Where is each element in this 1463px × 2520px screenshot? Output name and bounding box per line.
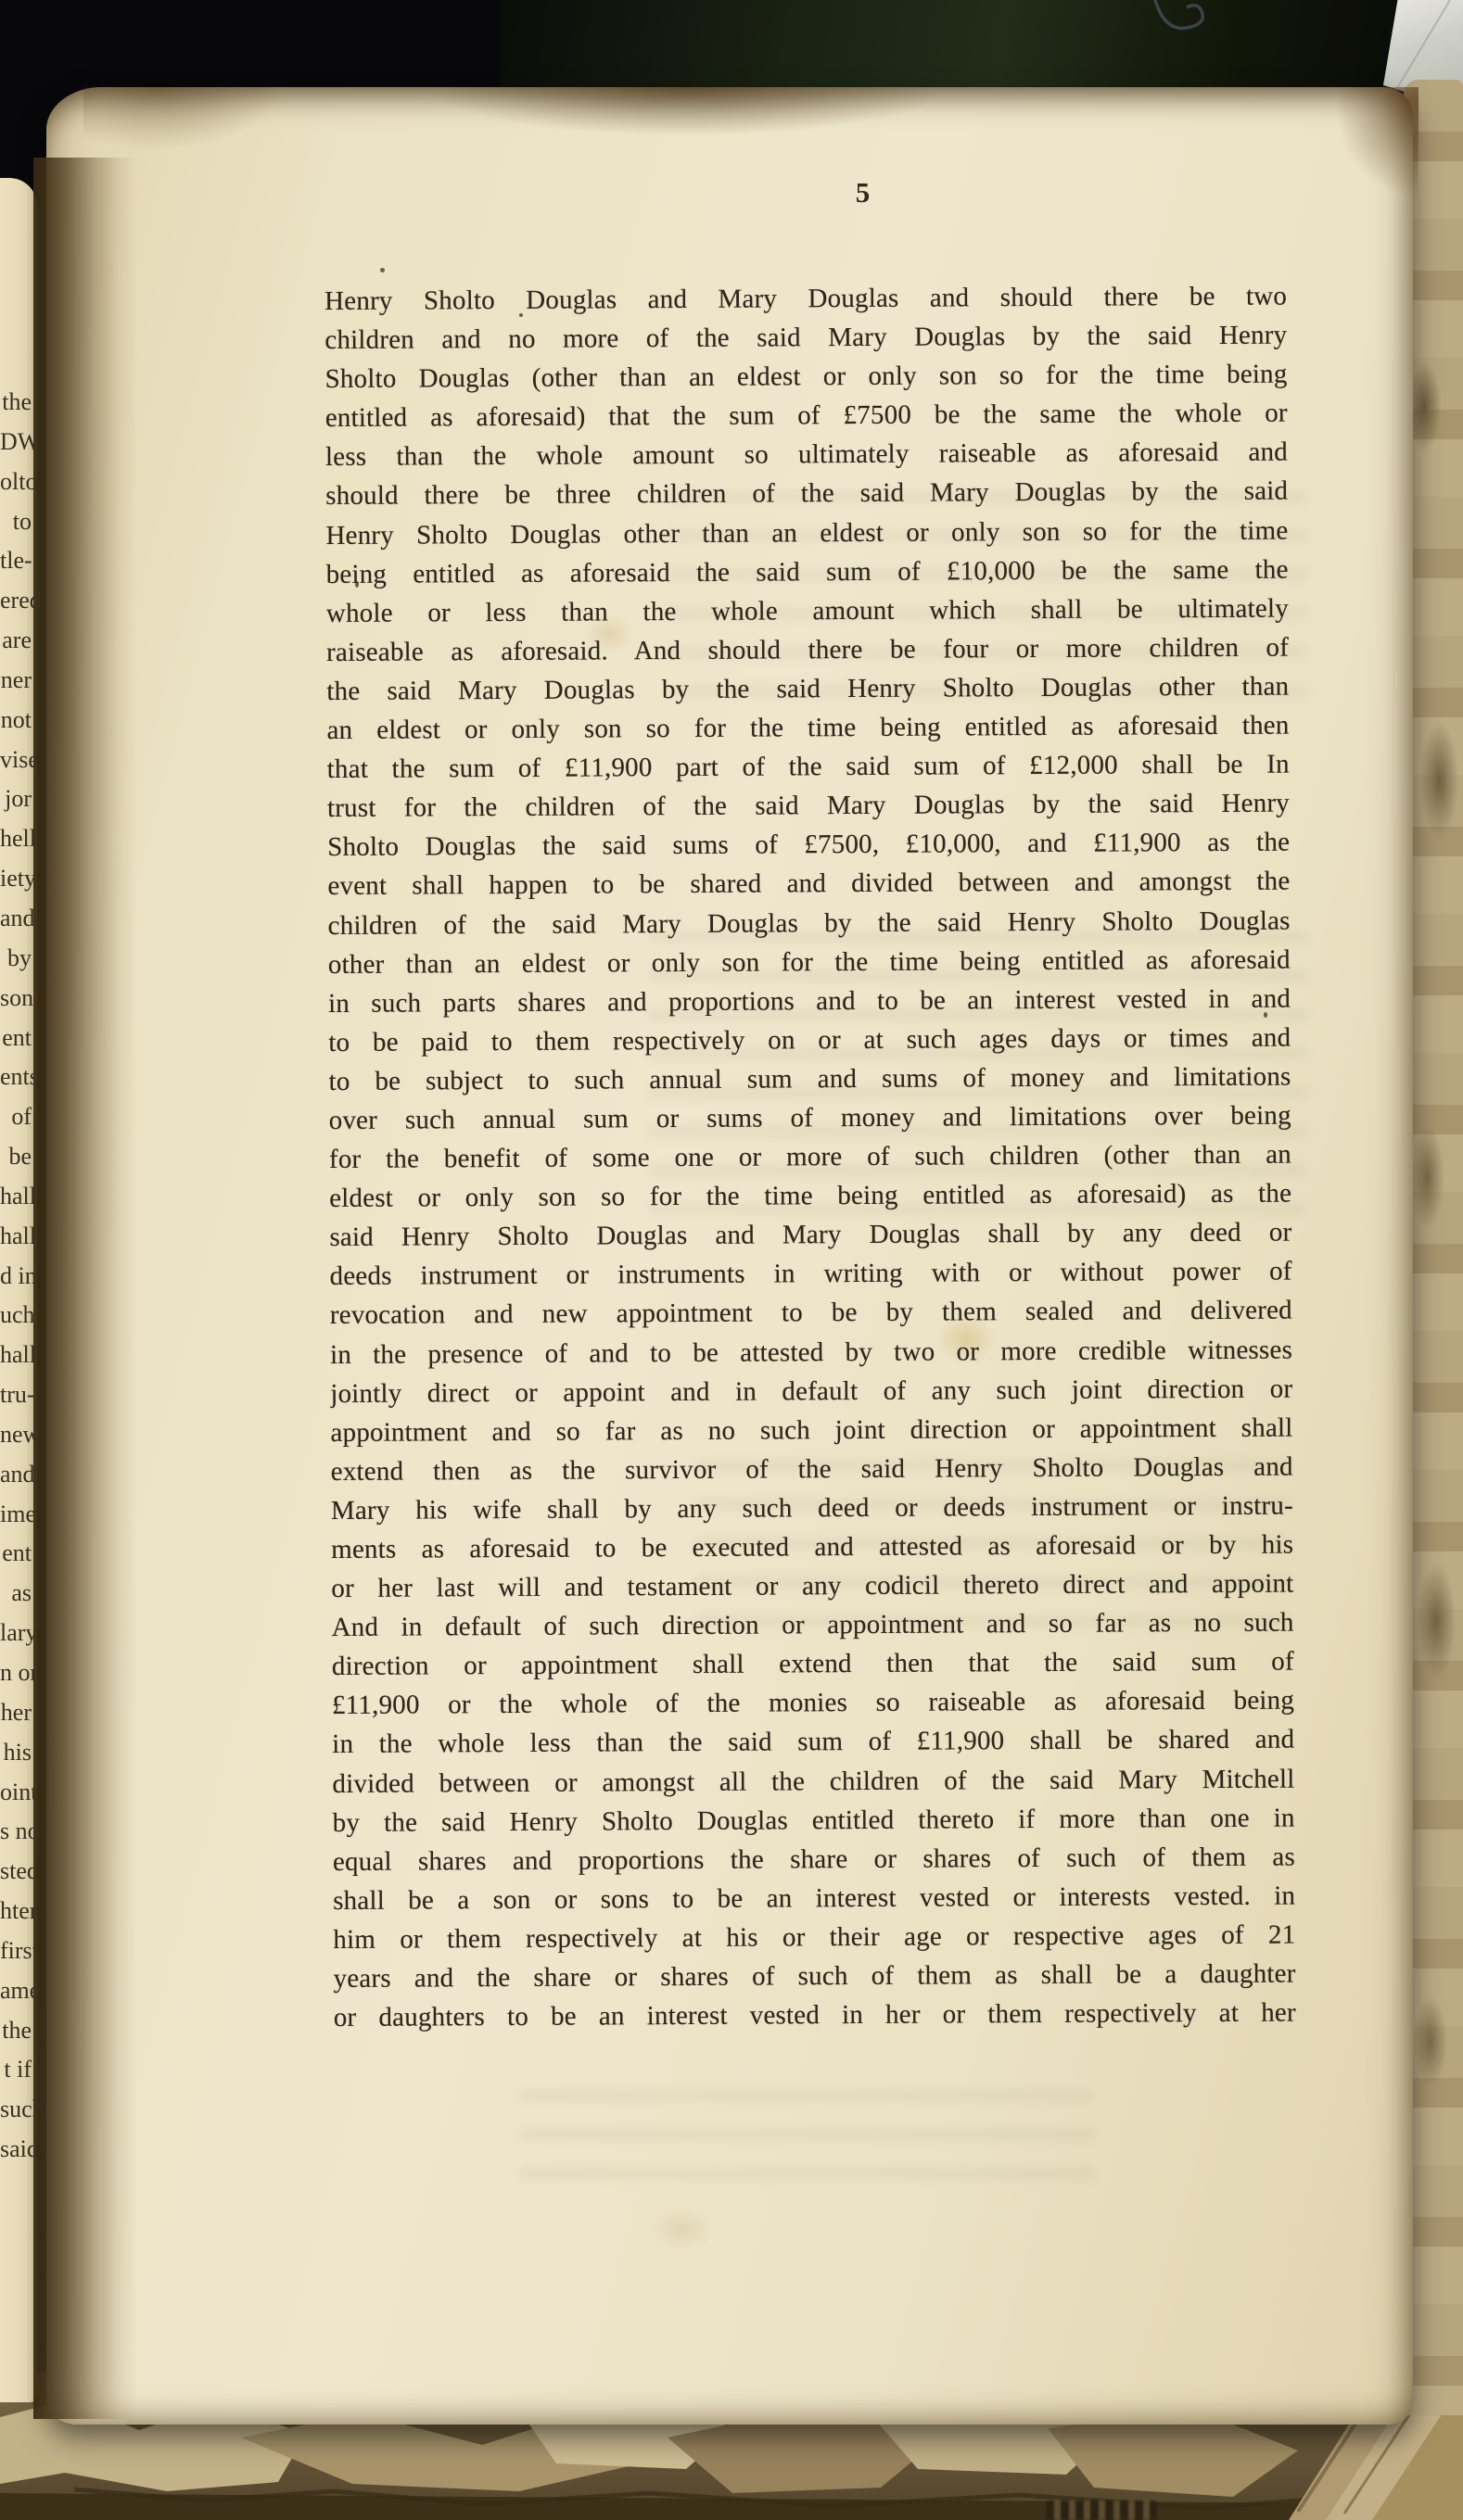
word-fragment: the xyxy=(0,2011,33,2051)
text-line: in the presence of and to be attested by… xyxy=(330,1330,1292,1374)
text-line: extend then as the survivor of the said … xyxy=(331,1447,1293,1491)
word-fragment: son xyxy=(0,979,33,1019)
text-line: Henry Sholto Douglas other than an eldes… xyxy=(325,511,1288,555)
word-fragment: t if xyxy=(0,2050,33,2090)
fox-stain xyxy=(649,2206,714,2252)
text-line: entitled as aforesaid) that the sum of £… xyxy=(325,394,1288,438)
text-line: by the said Henry Sholto Douglas entitle… xyxy=(333,1798,1295,1843)
text-line: that the sum of £11,900 part of the said… xyxy=(327,745,1290,790)
ink-speck xyxy=(355,581,359,588)
text-line: being entitled as aforesaid the said sum… xyxy=(326,550,1289,594)
ink-speck xyxy=(519,313,523,317)
text-line: children of the said Mary Douglas by the… xyxy=(328,901,1291,945)
word-fragment: ame xyxy=(0,1971,33,2011)
word-fragment: and xyxy=(0,1455,33,1495)
word-fragment: vise xyxy=(0,741,33,780)
word-fragment: said xyxy=(0,2130,33,2170)
word-fragment: as xyxy=(0,1574,33,1614)
text-line: or daughters to be an interest vested in… xyxy=(334,1994,1296,2038)
text-line: Sholto Douglas the said sums of £7500, £… xyxy=(327,823,1290,867)
word-fragment: his xyxy=(0,1733,33,1773)
text-line: said Henry Sholto Douglas and Mary Dougl… xyxy=(329,1213,1291,1258)
text-line: shall be a son or sons to be an interest… xyxy=(333,1876,1295,1920)
word-fragment: oint xyxy=(0,1773,33,1813)
text-line: eldest or only son so for the time being… xyxy=(329,1174,1291,1219)
word-fragment: s no xyxy=(0,1812,33,1852)
ink-speck xyxy=(380,268,385,272)
word-fragment: her xyxy=(0,1693,33,1733)
word-fragment: are xyxy=(0,621,33,661)
word-fragment: hall xyxy=(0,1177,33,1217)
word-fragment: first xyxy=(0,1931,33,1971)
word-fragment: tle- xyxy=(0,541,33,581)
word-fragment: ent xyxy=(0,1019,33,1058)
text-line: to be subject to such annual sum and sum… xyxy=(328,1057,1291,1101)
text-line: revocation and new appointment to be by … xyxy=(330,1291,1292,1336)
gutter-shadow xyxy=(33,158,137,2419)
bottom-scrap-print-smudge xyxy=(1046,2501,1157,2520)
word-fragment: and xyxy=(0,899,33,939)
text-line: divided between or amongst all the child… xyxy=(332,1759,1294,1804)
text-line: deeds instrument or instruments in writi… xyxy=(330,1252,1292,1297)
show-through-text xyxy=(519,2076,1094,2187)
text-line: him or them respectively at his or their… xyxy=(333,1915,1295,1959)
text-line: should there be three children of the sa… xyxy=(325,472,1288,516)
text-line: event shall happen to be shared and divi… xyxy=(327,862,1290,906)
word-fragment: hter xyxy=(0,1892,33,1931)
text-line: £11,900 or the whole of the monies so ra… xyxy=(332,1681,1294,1726)
text-line: years and the share or shares of such of… xyxy=(333,1955,1295,1999)
text-line: less than the whole amount so ultimately… xyxy=(325,433,1288,477)
ink-speck xyxy=(1264,1012,1267,1018)
text-line: for the benefit of some one or more of s… xyxy=(329,1135,1291,1180)
text-line: in such parts shares and proportions and… xyxy=(328,979,1291,1023)
word-fragment: hall xyxy=(0,1336,33,1375)
word-fragment: jor xyxy=(0,779,33,819)
word-fragment: ime xyxy=(0,1495,33,1535)
word-fragment: iety xyxy=(0,859,33,899)
text-line: raiseable as aforesaid. And should there… xyxy=(326,627,1289,672)
word-fragment: tru- xyxy=(0,1375,33,1415)
text-line: to be paid to them respectively on or at… xyxy=(328,1018,1291,1062)
text-line: And in default of such direction or appo… xyxy=(331,1603,1293,1648)
text-line: whole or less than the whole amount whic… xyxy=(326,589,1289,633)
word-fragment: new xyxy=(0,1415,33,1455)
text-line: an eldest or only son so for the time be… xyxy=(326,706,1289,751)
text-line: Sholto Douglas (other than an eldest or … xyxy=(324,355,1287,399)
word-fragment: such xyxy=(0,2090,33,2130)
word-fragment: d in xyxy=(0,1257,33,1297)
word-fragment: n or xyxy=(0,1653,33,1693)
top-edge-stain xyxy=(399,87,973,152)
word-fragment: uch xyxy=(0,1296,33,1336)
word-fragment: ent xyxy=(0,1534,33,1574)
text-line: children and no more of the said Mary Do… xyxy=(324,316,1287,361)
text-line: trust for the children of the said Mary … xyxy=(327,784,1290,829)
body-text: Henry Sholto Douglas and Mary Douglas an… xyxy=(324,277,1296,2038)
text-line: over such annual sum or sums of money an… xyxy=(329,1096,1291,1141)
word-fragment: hall xyxy=(0,1217,33,1257)
text-line: direction or appointment shall extend th… xyxy=(332,1642,1294,1687)
text-line: jointly direct or appoint and in default… xyxy=(330,1369,1292,1413)
word-fragment: the xyxy=(0,383,33,423)
word-fragment: ents xyxy=(0,1057,33,1097)
word-fragment: ered xyxy=(0,581,33,621)
top-right-stain xyxy=(1279,87,1418,263)
backdrop-scribble xyxy=(1129,0,1231,41)
text-line: Henry Sholto Douglas and Mary Douglas an… xyxy=(324,277,1287,322)
text-line: or her last will and testament or any co… xyxy=(331,1564,1293,1609)
word-fragment: ner xyxy=(0,661,33,701)
text-line: appointment and so far as no such joint … xyxy=(330,1408,1292,1452)
word-fragment: of xyxy=(0,1097,33,1137)
word-fragment: hell xyxy=(0,819,33,859)
text-line: Mary his wife shall by any such deed or … xyxy=(331,1486,1293,1530)
facing-page-word-fragments: theDWoltototle-eredarenernotvisejorhelli… xyxy=(0,383,33,2170)
word-fragment: sted xyxy=(0,1852,33,1892)
word-fragment: not xyxy=(0,701,33,741)
text-line: equal shares and proportions the share o… xyxy=(333,1837,1295,1881)
word-fragment: to xyxy=(0,502,33,542)
text-line: ments as aforesaid to be executed and at… xyxy=(331,1526,1293,1570)
word-fragment: by xyxy=(0,939,33,979)
word-fragment: lary xyxy=(0,1614,33,1653)
word-fragment: olto xyxy=(0,462,33,502)
word-fragment: DW xyxy=(0,423,33,462)
text-line: other than an eldest or only son for the… xyxy=(328,940,1291,984)
text-line: in the whole less than the said sum of £… xyxy=(332,1720,1294,1765)
page-number: 5 xyxy=(789,176,937,209)
scanned-book-photo: 5 Henry Sholto Douglas and Mary Douglas … xyxy=(0,0,1463,2520)
word-fragment: be xyxy=(0,1137,33,1177)
text-line: the said Mary Douglas by the said Henry … xyxy=(326,666,1289,711)
